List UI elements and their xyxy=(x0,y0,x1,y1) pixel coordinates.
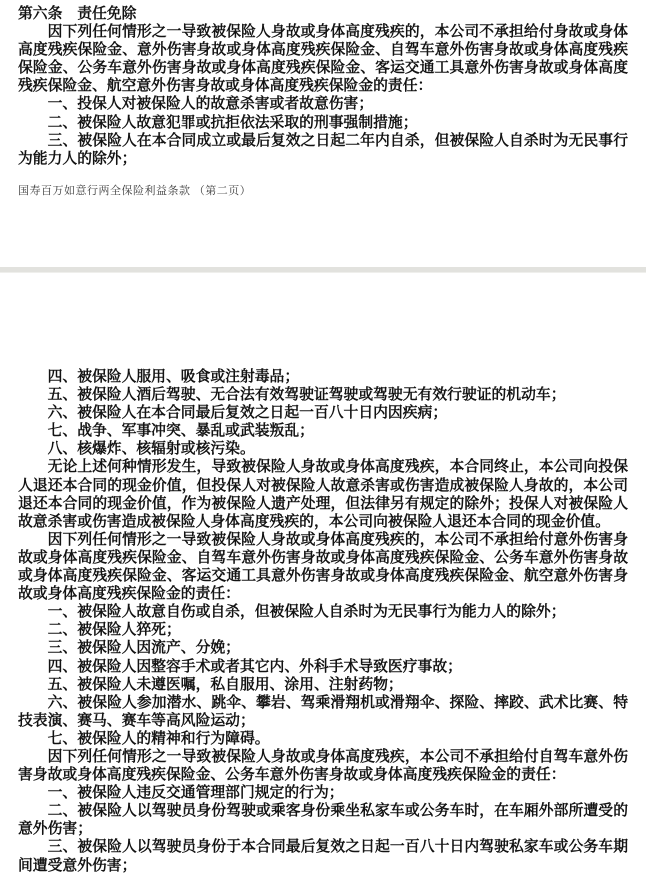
page2-driving-item-2: 二、被保险人以驾驶员身份驾驶或乘客身份乘坐私家车或公务车时，在车厢外部所遭受的意… xyxy=(18,802,628,838)
page2-exclusion-item-5: 五、被保险人酒后驾驶、无合法有效驾驶证驾驶或驾驶无有效行驶证的机动车； xyxy=(18,386,628,404)
page1-intro-paragraph: 因下列任何情形之一导致被保险人身故或身体高度残疾的，本公司不承担给付身故或身体高… xyxy=(18,23,628,95)
policy-page-2: 四、被保险人服用、吸食或注射毒品； 五、被保险人酒后驾驶、无合法有效驾驶证驾驶或… xyxy=(0,273,646,879)
page2-accident-intro-paragraph: 因下列任何情形之一导致被保险人身故或身体高度残疾的，本公司不承担给付意外伤害身故… xyxy=(18,531,628,603)
page2-accident-item-6: 六、被保险人参加潜水、跳伞、攀岩、驾乘滑翔机或滑翔伞、探险、摔跤、武术比赛、特技… xyxy=(18,694,628,730)
page2-accident-item-1: 一、被保险人故意自伤或自杀，但被保险人自杀时为无民事行为能力人的除外； xyxy=(18,603,628,621)
page2-driving-intro-paragraph: 因下列任何情形之一导致被保险人身故或身体高度残疾，本公司不承担给付自驾车意外伤害… xyxy=(18,748,628,784)
page2-exclusion-item-8: 八、核爆炸、核辐射或核污染。 xyxy=(18,440,628,458)
page2-exclusion-item-4: 四、被保险人服用、吸食或注射毒品； xyxy=(18,368,628,386)
page2-cash-value-paragraph: 无论上述何种情形发生，导致被保险人身故或身体高度残疾，本合同终止，本公司向投保人… xyxy=(18,458,628,530)
document-canvas: 第六条 责任免除 因下列任何情形之一导致被保险人身故或身体高度残疾的，本公司不承… xyxy=(0,0,646,879)
page2-accident-item-4: 四、被保险人因整容手术或者其它内、外科手术导致医疗事故； xyxy=(18,658,628,676)
page1-exclusion-item-1: 一、投保人对被保险人的故意杀害或者故意伤害； xyxy=(18,95,628,113)
page2-accident-item-5: 五、被保险人未遵医嘱，私自服用、涂用、注射药物； xyxy=(18,676,628,694)
page2-exclusion-item-6: 六、被保险人在本合同最后复效之日起一百八十日内因疾病； xyxy=(18,404,628,422)
policy-page-1: 第六条 责任免除 因下列任何情形之一导致被保险人身故或身体高度残疾的，本公司不承… xyxy=(0,0,646,267)
page1-exclusion-item-2: 二、被保险人故意犯罪或抗拒依法采取的刑事强制措施； xyxy=(18,114,628,132)
page2-driving-item-3: 三、被保险人以驾驶员身份于本合同最后复效之日起一百八十日内驾驶私家车或公务车期间… xyxy=(18,838,628,874)
article-heading: 第六条 责任免除 xyxy=(18,5,628,23)
page2-accident-item-2: 二、被保险人猝死； xyxy=(18,621,628,639)
page2-driving-item-1: 一、被保险人违反交通管理部门规定的行为； xyxy=(18,784,628,802)
page2-accident-item-3: 三、被保险人因流产、分娩； xyxy=(18,639,628,657)
page1-exclusion-item-3: 三、被保险人在本合同成立或最后复效之日起二年内自杀，但被保险人自杀时为无民事行为… xyxy=(18,132,628,168)
page2-exclusion-item-7: 七、战争、军事冲突、暴乱或武装叛乱； xyxy=(18,422,628,440)
page2-accident-item-7: 七、被保险人的精神和行为障碍。 xyxy=(18,730,628,748)
page-footer: 国寿百万如意行两全保险利益条款 （第二页） xyxy=(18,184,251,198)
